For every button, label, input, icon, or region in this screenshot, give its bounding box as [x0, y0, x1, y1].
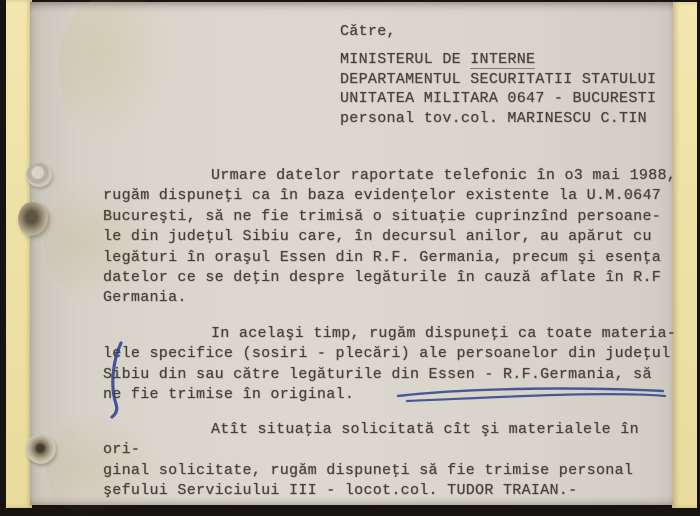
recipient-ministry: MINISTERUL DE INTERNE — [340, 50, 656, 70]
recipient-unit: UNITATEA MILITARA 0647 - BUCURESTI — [340, 89, 656, 109]
binding-eyelet-mark — [26, 163, 52, 187]
binding-rivet-mark — [26, 434, 56, 464]
paragraph-2: In acelaşi timp, rugăm dispuneţi ca toat… — [103, 324, 683, 406]
recipient-ministry-prefix: MINISTERUL DE — [340, 51, 470, 68]
underlying-page-edge-left — [6, 0, 32, 508]
paragraph-3: Atît situaţia solicitată cît şi material… — [103, 420, 683, 502]
recipient-block: MINISTERUL DE INTERNE DEPARTAMENTUL SECU… — [340, 50, 656, 128]
recipient-ministry-underlined: INTERNE — [470, 51, 535, 69]
paragraph-1: Urmare datelor raportate telefonic în o3… — [103, 166, 683, 309]
recipient-department: DEPARTAMENTUL SECURITATII STATULUI — [340, 70, 656, 90]
salutation: Către, — [340, 22, 396, 42]
scanned-document-photo: Către, MINISTERUL DE INTERNE DEPARTAMENT… — [0, 0, 700, 516]
recipient-attention: personal tov.col. MARINESCU C.TIN — [340, 109, 656, 129]
paper-stain — [58, 0, 178, 142]
